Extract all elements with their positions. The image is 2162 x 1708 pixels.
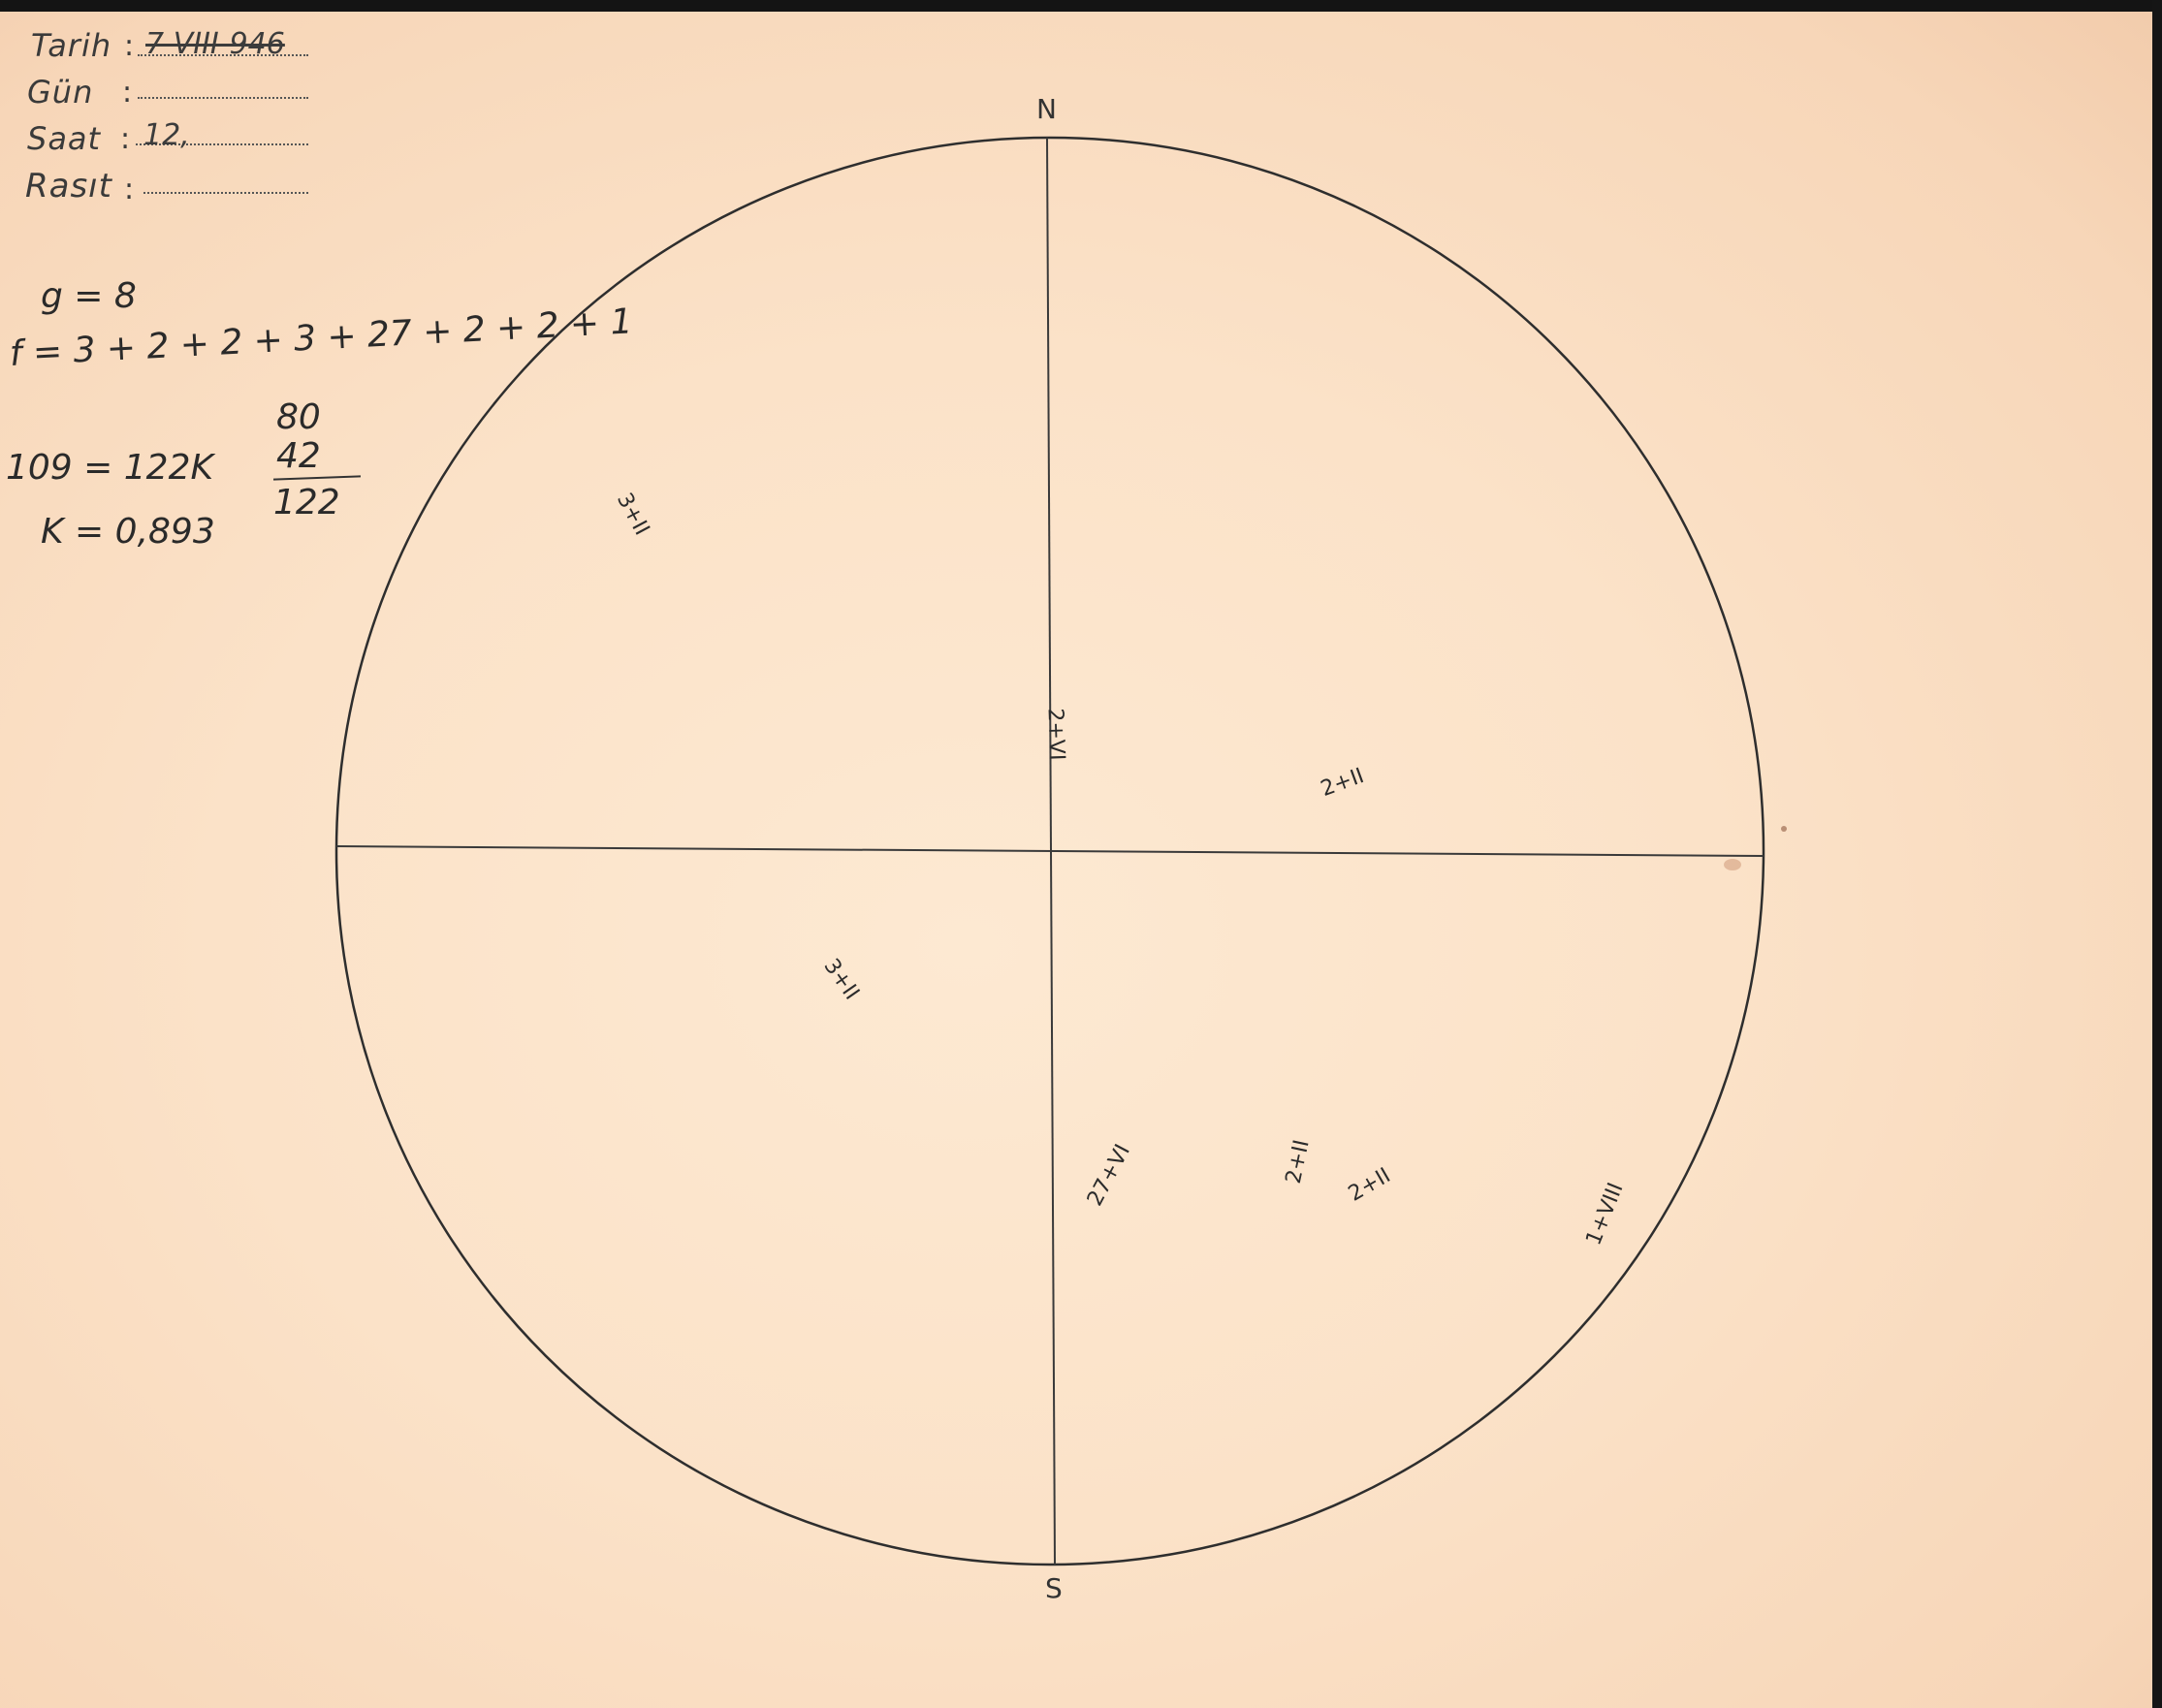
south-label: S — [1045, 1572, 1063, 1604]
north-label: N — [1036, 93, 1057, 125]
solar-disk-drawing — [0, 0, 2162, 1708]
sunspot-group-label: 2+VI — [1043, 708, 1069, 761]
paper-stain — [1724, 859, 1741, 870]
paper-stain — [1781, 826, 1787, 832]
